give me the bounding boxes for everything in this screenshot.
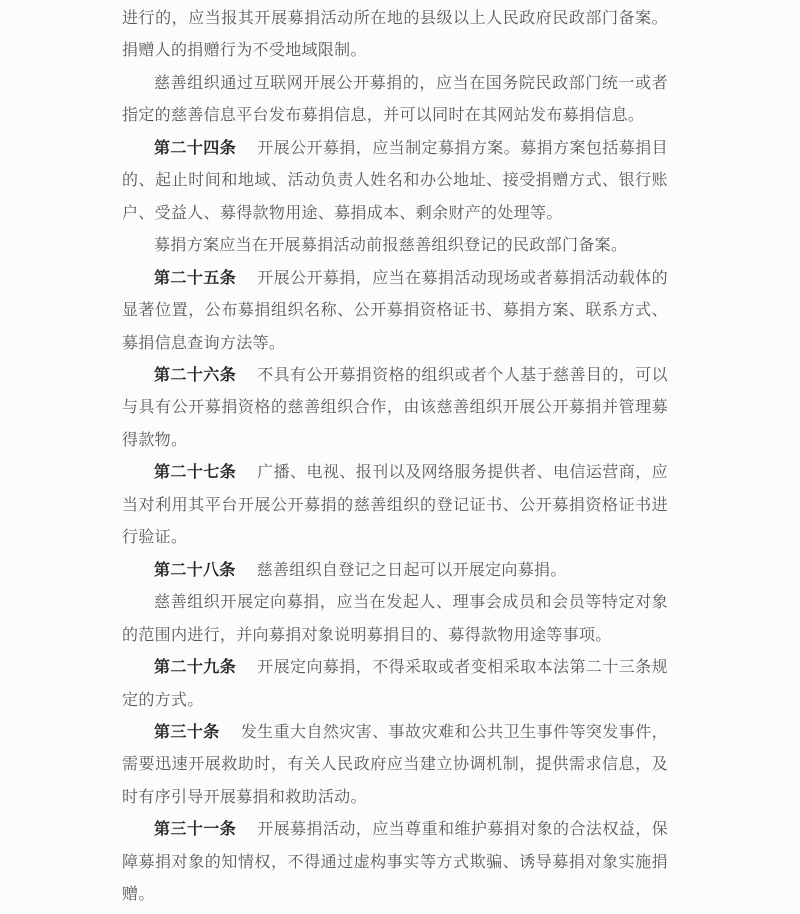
paragraph: 第三十一条开展募捐活动，应当尊重和维护募捐对象的合法权益，保障募捐对象的知情权，… xyxy=(122,814,668,911)
article-number: 第二十八条 xyxy=(154,562,236,579)
paragraph: 第二十七条广播、电视、报刊以及网络服务提供者、电信运营商，应当对利用其平台开展公… xyxy=(122,457,668,554)
article-number: 第三十条 xyxy=(154,724,220,741)
paragraph: 进行的，应当报其开展募捐活动所在地的县级以上人民政府民政部门备案。捐赠人的捐赠行… xyxy=(122,3,668,68)
paragraph-text: 募捐方案应当在开展募捐活动前报慈善组织登记的民政部门备案。 xyxy=(154,237,627,254)
article-number: 第二十七条 xyxy=(154,464,236,481)
paragraph-text: 进行的，应当报其开展募捐活动所在地的县级以上人民政府民政部门备案。捐赠人的捐赠行… xyxy=(122,10,668,59)
paragraph: 募捐方案应当在开展募捐活动前报慈善组织登记的民政部门备案。 xyxy=(122,230,668,262)
paragraph: 第二十五条开展公开募捐，应当在募捐活动现场或者募捐活动载体的显著位置，公布募捐组… xyxy=(122,263,668,360)
paragraph: 第二十六条不具有公开募捐资格的组织或者个人基于慈善目的，可以与具有公开募捐资格的… xyxy=(122,360,668,457)
article-number: 第二十六条 xyxy=(154,367,236,384)
article-number: 第二十四条 xyxy=(154,140,236,157)
article-number: 第二十九条 xyxy=(154,659,236,676)
paragraph-text: 慈善组织自登记之日起可以开展定向募捐。 xyxy=(257,562,567,579)
paragraph: 第二十八条慈善组织自登记之日起可以开展定向募捐。 xyxy=(122,555,668,587)
article-number: 第二十五条 xyxy=(154,270,236,287)
paragraph-text: 慈善组织通过互联网开展公开募捐的，应当在国务院民政部门统一或者指定的慈善信息平台… xyxy=(122,75,668,124)
paragraph: 慈善组织通过互联网开展公开募捐的，应当在国务院民政部门统一或者指定的慈善信息平台… xyxy=(122,68,668,133)
document-page: 进行的，应当报其开展募捐活动所在地的县级以上人民政府民政部门备案。捐赠人的捐赠行… xyxy=(0,0,800,914)
paragraph: 第二十四条开展公开募捐，应当制定募捐方案。募捐方案包括募捐目的、起止时间和地域、… xyxy=(122,133,668,230)
paragraph: 第二十九条开展定向募捐，不得采取或者变相采取本法第二十三条规定的方式。 xyxy=(122,652,668,717)
paragraph: 慈善组织开展定向募捐，应当在发起人、理事会成员和会员等特定对象的范围内进行，并向… xyxy=(122,587,668,652)
paragraph-text: 慈善组织开展定向募捐，应当在发起人、理事会成员和会员等特定对象的范围内进行，并向… xyxy=(122,594,668,643)
article-number: 第三十一条 xyxy=(154,821,236,838)
document-body: 进行的，应当报其开展募捐活动所在地的县级以上人民政府民政部门备案。捐赠人的捐赠行… xyxy=(122,3,668,912)
paragraph: 第三十条发生重大自然灾害、事故灾难和公共卫生事件等突发事件，需要迅速开展救助时，… xyxy=(122,717,668,814)
